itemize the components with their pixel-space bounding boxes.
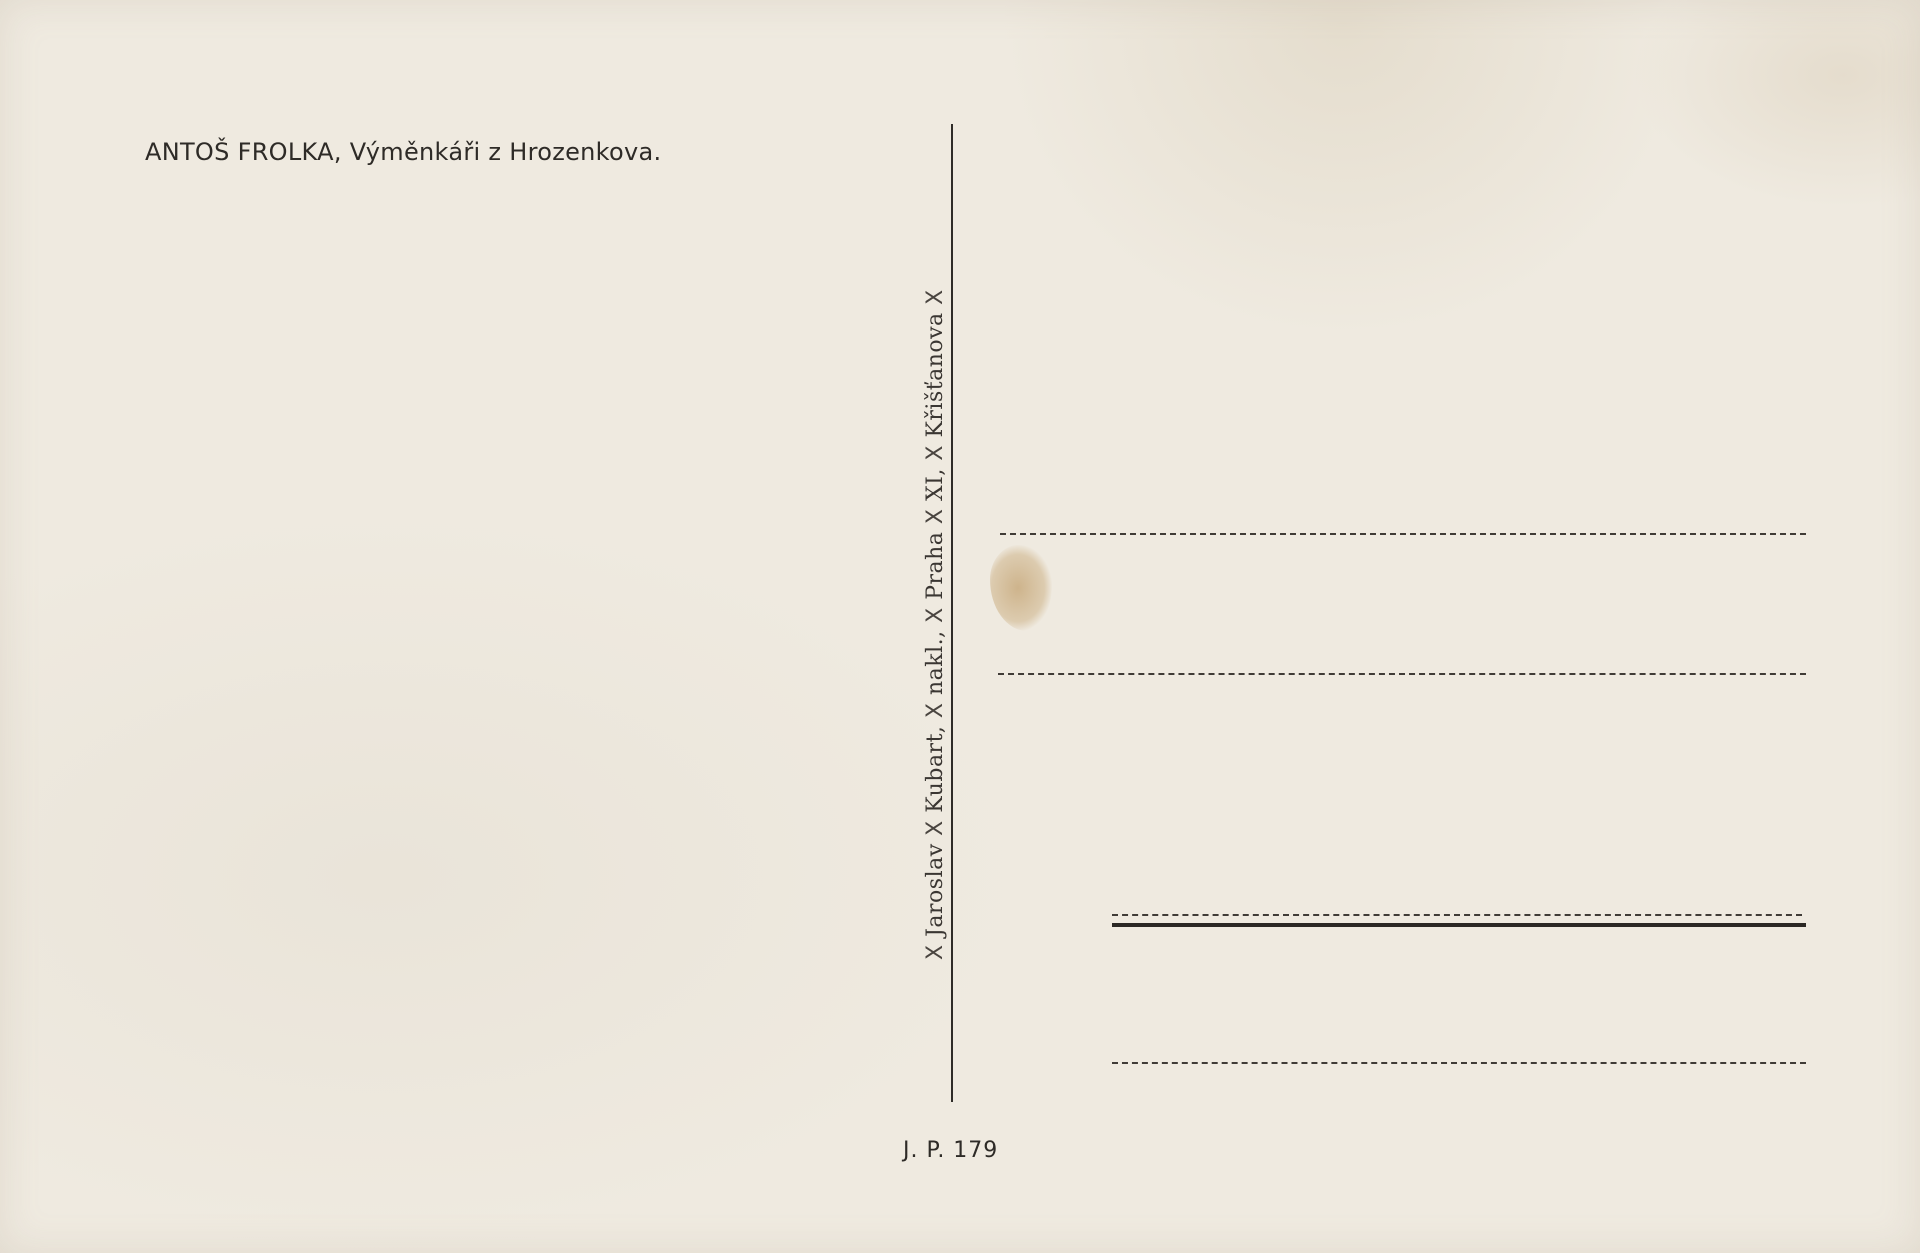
center-divider-line [951, 124, 953, 1102]
publisher-imprint-vertical: X Jaroslav X Kubart, X nakl., X Praha X … [922, 260, 950, 960]
separator: X [923, 508, 948, 524]
address-underline [1112, 923, 1806, 927]
postcard-back: ANTOŠ FROLKA, Výměnkáři z Hrozenkova. X … [0, 0, 1920, 1253]
address-line-1 [1000, 533, 1806, 535]
separator: X [923, 607, 948, 623]
address-line-2 [998, 673, 1806, 675]
imprint-segment: Křišťanova [923, 312, 948, 437]
separator: X [923, 703, 948, 719]
imprint-segment: Praha [923, 532, 948, 600]
imprint-segment: Jaroslav [923, 843, 948, 937]
address-line-4 [1112, 1062, 1806, 1064]
address-line-3 [1112, 914, 1802, 916]
separator: X [923, 820, 948, 836]
paper-stain [990, 545, 1052, 631]
separator: X [923, 289, 948, 305]
imprint-segment: nakl., [923, 630, 948, 695]
separator: X [923, 445, 948, 461]
separator: X [923, 944, 948, 960]
artwork-caption: ANTOŠ FROLKA, Výměnkáři z Hrozenkova. [145, 138, 661, 166]
imprint-segment: Kubart, [923, 726, 948, 813]
imprint-segment: XI, [923, 468, 948, 501]
paper-edge-shading [0, 0, 1920, 1253]
catalog-code: J. P. 179 [903, 1138, 998, 1163]
